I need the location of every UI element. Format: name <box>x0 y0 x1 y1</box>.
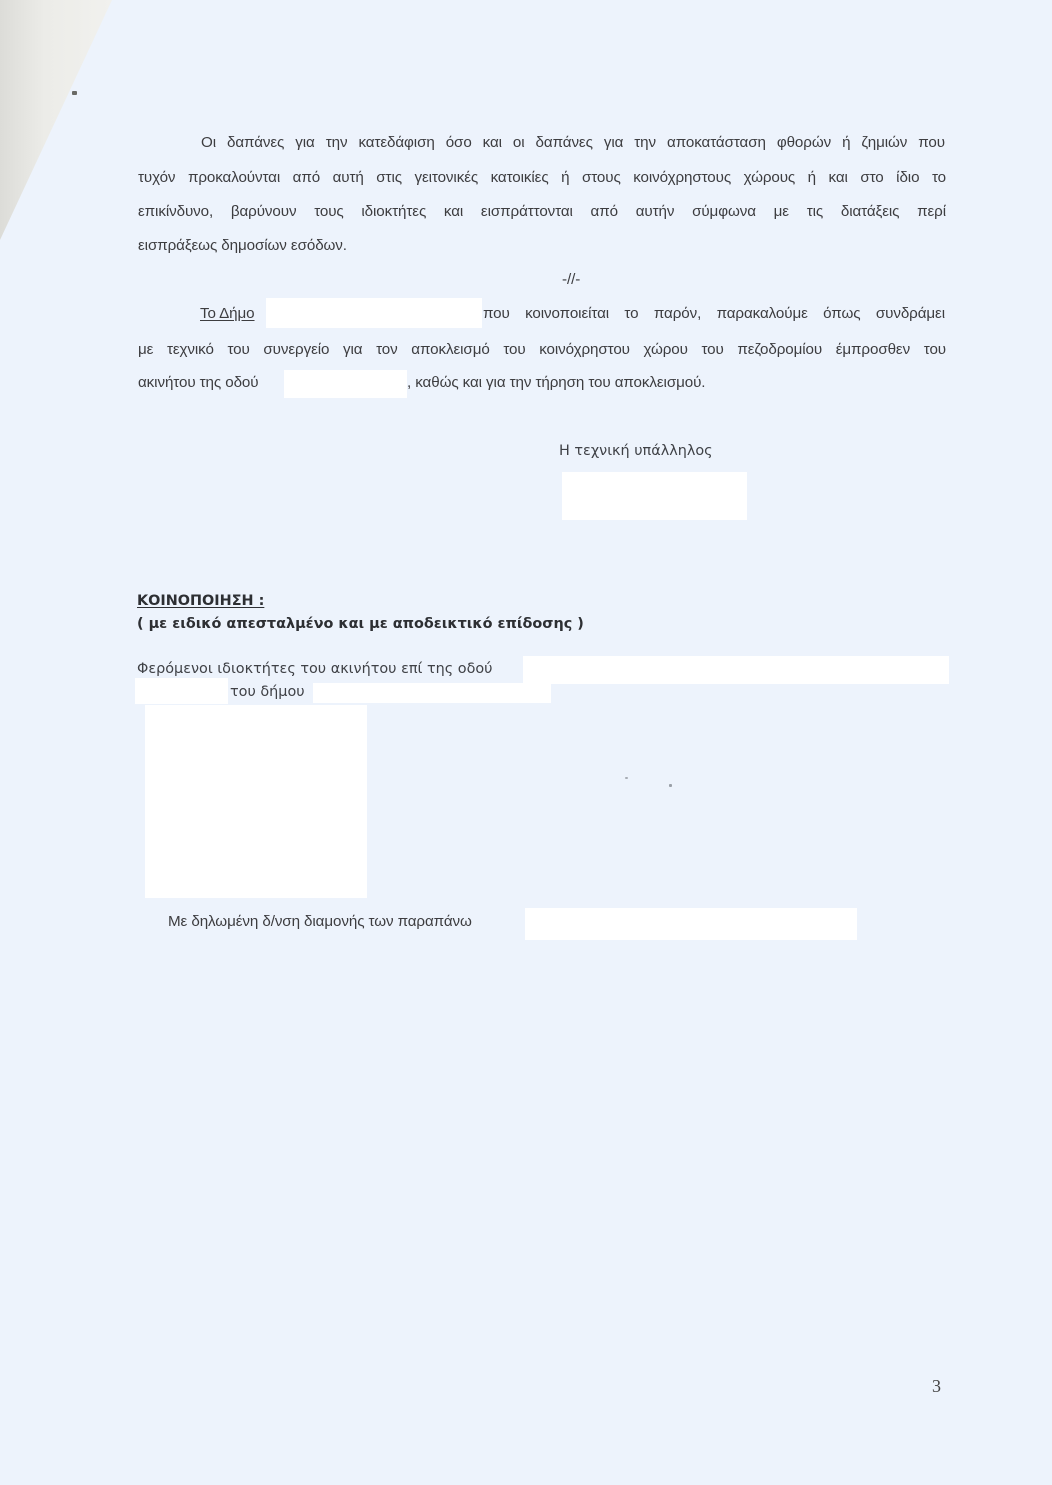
paragraph-2-line-2: με τεχνικό του συνεργείο για τον αποκλει… <box>138 341 946 358</box>
paragraph-1-line-1: Οι δαπάνες για την κατεδάφιση όσο και οι… <box>201 134 945 151</box>
paragraph-2-line-1: που κοινοποιείται το παρόν, παρακαλούμε … <box>483 305 945 322</box>
paragraph-2-line-3-prefix: ακινήτου της οδού <box>138 374 258 391</box>
scan-speck <box>669 784 672 787</box>
notification-heading: ΚΟΙΝΟΠΟΙΗΣΗ : <box>137 593 264 609</box>
page-number: 3 <box>932 1376 941 1397</box>
signature-title: Η τεχνική υπάλληλος <box>559 443 713 459</box>
redacted-signature <box>562 472 747 520</box>
paragraph-2-line-3-suffix: , καθώς και για την τήρηση του αποκλεισμ… <box>407 374 705 391</box>
paragraph-1-line-4: εισπράξεως δημοσίων εσόδων. <box>138 237 347 254</box>
residence-line: Με δηλωμένη δ/νση διαμονής των παραπάνω <box>168 913 472 930</box>
redacted-street <box>284 370 407 398</box>
section-separator: -//- <box>562 271 580 288</box>
redacted-recipient-municipality <box>313 683 551 703</box>
recipients-line-2: του δήμου <box>230 684 305 700</box>
scan-speck <box>625 777 628 779</box>
paragraph-1-line-3: επικίνδυνο, βαρύνουν τους ιδιοκτήτες και… <box>138 203 946 220</box>
scan-speck <box>72 91 77 95</box>
redacted-municipality <box>266 298 482 328</box>
notification-subheading: ( με ειδικό απεσταλμένο και με αποδεικτι… <box>137 616 584 632</box>
municipality-label: Το Δήμο <box>200 305 255 322</box>
page-fold-corner <box>0 0 112 240</box>
redacted-recipient-street <box>523 656 949 684</box>
redacted-residence-address <box>525 908 857 940</box>
paragraph-1-line-2: τυχόν προκαλούνται από αυτή στις γειτονι… <box>138 169 946 186</box>
redacted-recipient-number <box>135 678 228 704</box>
recipients-line-1: Φερόμενοι ιδιοκτήτες του ακινήτου επί τη… <box>137 661 493 677</box>
redacted-recipient-list <box>145 705 367 898</box>
